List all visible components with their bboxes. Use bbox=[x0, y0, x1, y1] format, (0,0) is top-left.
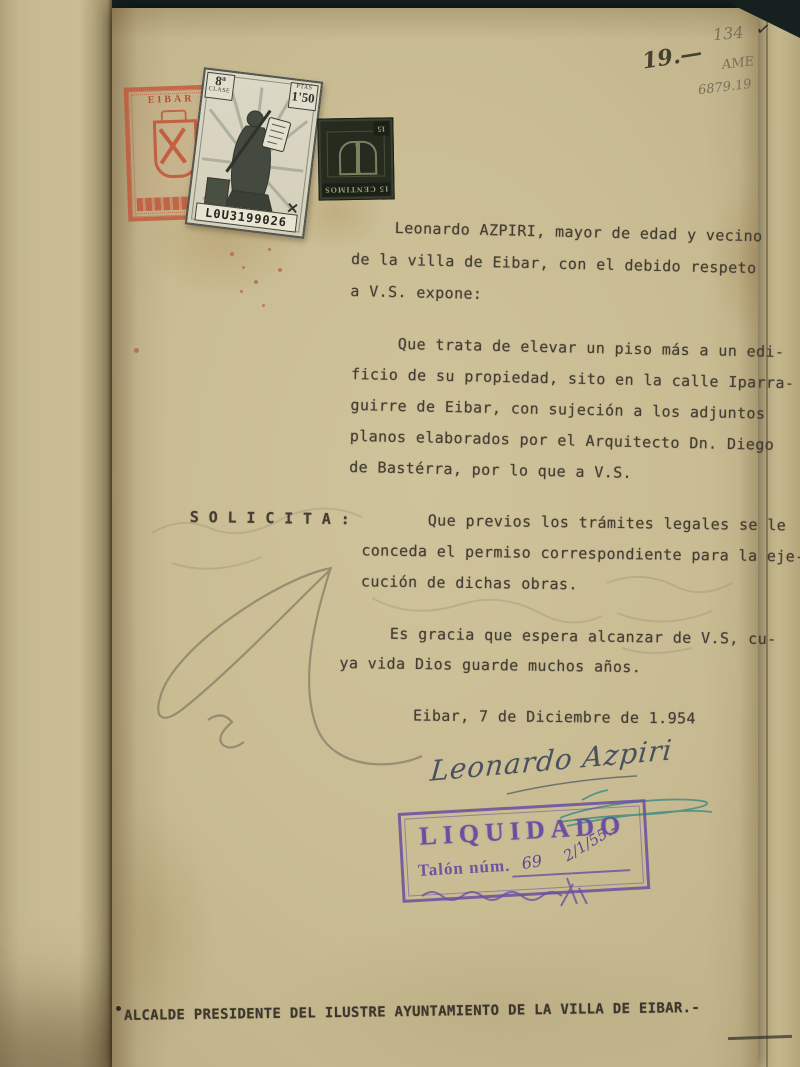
stamp-corner-value: 15 bbox=[373, 121, 389, 135]
shield-cross-icon bbox=[156, 122, 190, 169]
solicita-heading: S O L I C I T A : bbox=[190, 508, 351, 528]
ink-speck bbox=[240, 290, 243, 293]
ink-speck bbox=[230, 252, 234, 256]
ink-speck bbox=[254, 280, 258, 284]
ink-speck bbox=[242, 266, 245, 269]
timbre-stamp-15-centimos: 15 15 CENTIMOS bbox=[317, 117, 394, 200]
stamp-value: 1'50 bbox=[289, 89, 316, 105]
typed-line: cución de dichas obras. bbox=[361, 572, 578, 593]
ink-speck bbox=[268, 248, 271, 251]
talon-number-handwritten: 69 bbox=[520, 851, 543, 873]
stamp-class-box: 8ª CLASE bbox=[204, 72, 235, 101]
page-number-pencil: 134 bbox=[712, 23, 744, 45]
ink-dot bbox=[116, 1006, 121, 1011]
liquidado-stamp: LIQUIDADO Talón núm. 69 2/1/55.- bbox=[398, 799, 651, 903]
ink-speck bbox=[134, 348, 139, 353]
arch-emblem bbox=[339, 141, 378, 176]
stamp-denomination-band: 15 CENTIMOS bbox=[322, 182, 390, 196]
document-scan: Leonardo AZPIRI, mayor de edad y vecino … bbox=[0, 0, 800, 1067]
ink-speck bbox=[278, 268, 282, 272]
underlying-page-left bbox=[0, 0, 112, 1067]
stamp-value-box: PTAS 1'50 bbox=[288, 82, 319, 111]
ink-speck bbox=[262, 304, 265, 307]
fiscal-stamp-150-ptas: 8ª CLASE PTAS 1'50 L0U3199026 bbox=[185, 67, 323, 238]
dateline: Eibar, 7 de Diciembre de 1.954 bbox=[413, 707, 696, 728]
typed-line: a V.S. expone: bbox=[350, 282, 482, 303]
